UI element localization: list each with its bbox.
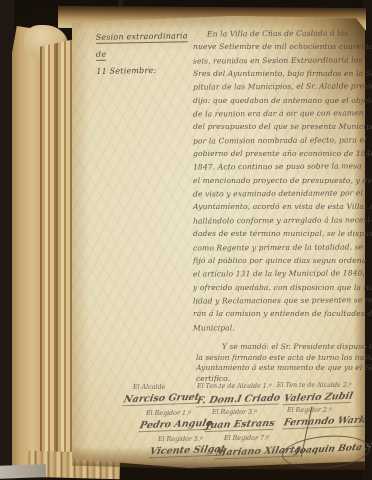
signature-title: El Regidor 1.º xyxy=(146,410,191,417)
gray-support-wedge xyxy=(0,464,46,479)
manuscript-photo: Sesion extraordinaria de 11 Setiembre: E… xyxy=(0,0,372,480)
manuscript-line: 1847. Acto continuo se puso sobre la mes… xyxy=(193,162,363,177)
signature-title: El Ten.te de Alcalde 2.º xyxy=(277,382,352,389)
signature-title: El Regidor 5.º xyxy=(158,436,203,443)
manuscript-line: rán á la comision y entienden de faculta… xyxy=(193,309,363,322)
manuscript-line: Sres del Ayuntamiento, bajo firmados en … xyxy=(193,69,363,82)
signature-name: Valerio Zubil xyxy=(282,391,353,405)
manuscript-line: por la Comision nombrada al efecto, para… xyxy=(193,135,363,150)
manuscript-line: dades de este término municipal, se le d… xyxy=(193,229,363,242)
manuscript-line: Municipal. xyxy=(193,322,363,337)
manuscript-line: de visto y examinado detenidamente por e… xyxy=(193,189,363,204)
manuscript-line: lidad y Reclamaciones que se presenten s… xyxy=(193,295,363,310)
signature-name: Juan Estrans xyxy=(204,418,275,432)
closing-paragraph: Y se mandó: el Sr. Presidente dispuso le… xyxy=(196,342,364,384)
signature-title: El Regidor 7.º xyxy=(224,435,269,442)
signature-title: El Regidor 3.º xyxy=(212,409,257,416)
manuscript-line: En la Villa de Cñas de Caslada á las xyxy=(193,28,363,43)
manuscript-line: nueve Setiembre de mil ochocientos cuare… xyxy=(193,42,363,55)
margin-note-line1: Sesion extraordinaria de xyxy=(96,31,188,61)
manuscript-line: gobierno del presente año económico de 1… xyxy=(193,149,363,162)
margin-note: Sesion extraordinaria de 11 Setiembre: xyxy=(96,27,202,80)
signature-title: El Ten.te de Alcalde 1.º xyxy=(197,383,272,390)
manuscript-line: del presupuesto del que se presenta Muni… xyxy=(193,122,363,135)
signature-title: El Alcalde xyxy=(133,384,165,391)
manuscript-line: Y se mandó: el Sr. Presidente dispuso le… xyxy=(196,342,364,353)
page-bottom-shadow xyxy=(72,448,365,470)
margin-note-line2: 11 Setiembre: xyxy=(96,66,156,76)
manuscript-line: el artículo 131 de la ley Municipal de 1… xyxy=(193,269,363,284)
manuscript-line: Ayuntamiento, acordó en vista de esta Vi… xyxy=(193,202,363,215)
manuscript-line: pitular de las Municipios, el Sr. Alcald… xyxy=(193,82,363,97)
manuscript-line: como Regente y primera de la totalidad, … xyxy=(193,242,363,257)
manuscript-line: el mencionado proyecto de presupuesto, y… xyxy=(193,176,363,189)
manuscript-line: la sesion firmando este acta de turno lo… xyxy=(196,353,364,364)
manuscript-line: de la reunion era dar á oir que con exam… xyxy=(193,108,363,123)
manuscript-line: seis, reunidos en Sesion Extraordinaria … xyxy=(193,55,363,70)
manuscript-line: hallándolo conforme y arreglado á las ne… xyxy=(193,215,363,230)
manuscript-line: dijo: que quedaban de antemano que el ob… xyxy=(193,96,363,109)
body-text: En la Villa de Cñas de Caslada á las nue… xyxy=(193,29,363,336)
manuscript-line: fijó al público por quince dias segun or… xyxy=(193,256,363,269)
manuscript-line: y ofrecido quedaba, con disposicion que … xyxy=(193,283,363,296)
manuscript-line: Ayuntamiento á este momento de que yo el… xyxy=(196,363,364,374)
